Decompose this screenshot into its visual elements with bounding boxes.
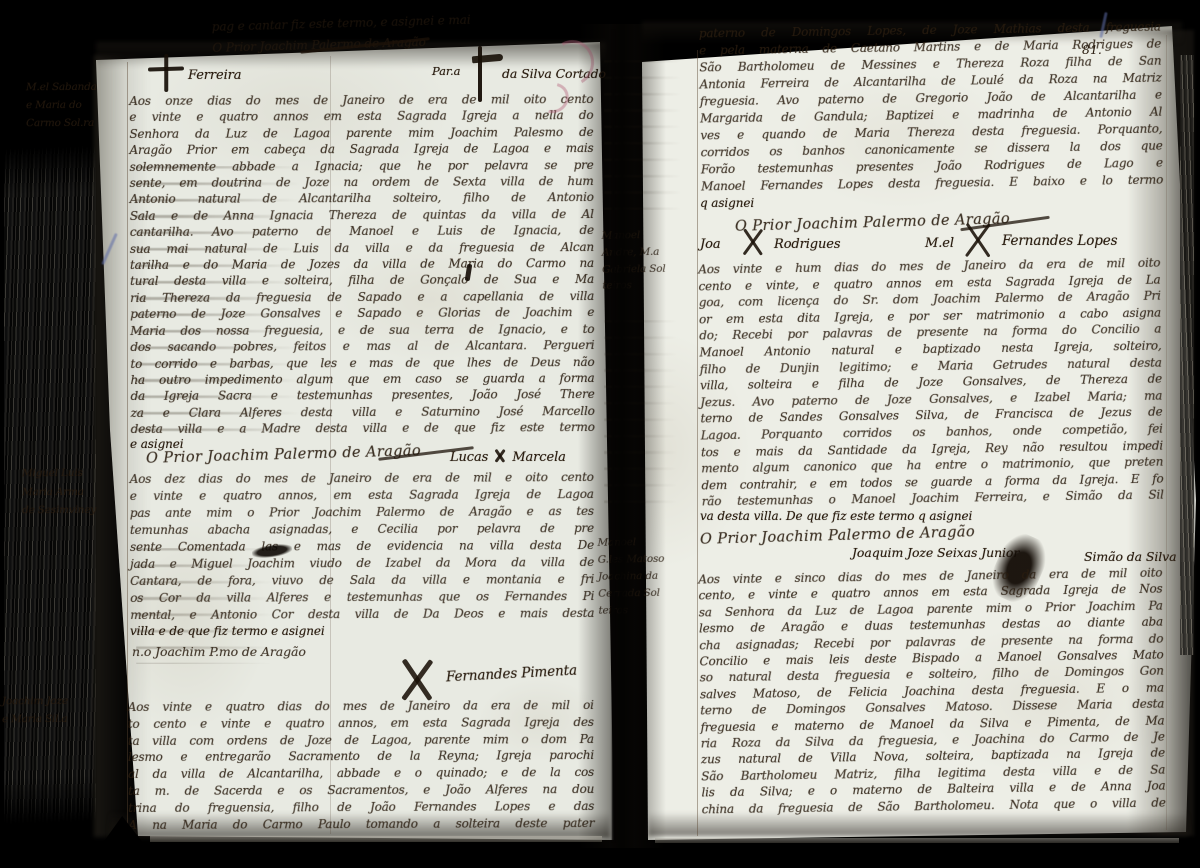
handwriting-line: terno de Domingos Gonsalves Matoso. Diss…: [700, 696, 1164, 719]
handwriting-line: cantarilha. Avo paterno de Manoel e Luis…: [130, 222, 594, 240]
handwriting-line: mento algum canonico que ha entre o matr…: [701, 454, 1163, 477]
witness-signature: Simão da Silva: [1084, 549, 1176, 564]
handwriting-line: tural desta villa e solteira, filha de G…: [130, 271, 594, 289]
signature-flourish-stroke: [300, 37, 430, 53]
margin-note-line: Carmo Sol.ra: [26, 114, 132, 132]
handwriting-line: so natural desta freguesia e solteiro, f…: [700, 663, 1164, 686]
handwriting-line: e vinte e quatro annos, em esta Sagrada …: [130, 486, 594, 505]
handwriting-line: Forão testemunhas presentes João Rodrigu…: [701, 155, 1163, 179]
handwriting-line: tos e mais da Santidade da Igreja, Rey n…: [701, 437, 1163, 460]
handwriting-line: dos sacando pobres, feitos e mas al de A…: [130, 337, 594, 355]
handwriting-line: pag e cantar fiz este termo, e asignei e…: [211, 7, 561, 38]
handwriting-line: sa Senhora da Luz de Lagoa parente mim o…: [699, 597, 1163, 620]
handwriting-line: Antonia Ferreira de Alcantarilha de Loul…: [700, 70, 1162, 94]
right-page-top-shadow: [642, 22, 1182, 44]
witness-last-name: Marcela: [512, 450, 565, 465]
margin-note-line: M.el Sabanda: [26, 78, 132, 96]
handwriting-line: tarilha e do Maria de Jozes da villa de …: [130, 255, 594, 273]
left-margin-rule: [127, 62, 128, 834]
handwriting-line: Aos vinte e quatro dias do mes de Janeir…: [128, 697, 594, 716]
witness-signature: Joaquim Joze Seixas Junior: [852, 545, 1019, 560]
handwriting-line: paterno de Joze Gonsalves e Sapado e Glo…: [130, 304, 594, 322]
page-edge-sliver-bottom-right: [655, 838, 1179, 843]
book-gutter-shadow: [578, 24, 666, 848]
handwriting-line: sente Comentada las e mas de evidencia n…: [130, 537, 594, 556]
page-edge-sliver-bottom-left: [150, 836, 602, 842]
handwriting-line: A na Maria do Carmo Paulo tomando a solt…: [128, 815, 594, 834]
handwriting-line: temunhas abacha asignadas, e Cecilia por…: [130, 520, 594, 539]
handwriting-line: São Bartholomeu Matriz, filha legitima d…: [701, 761, 1165, 784]
handwriting-line: Aos vinte e sinco dias do mes de Janeiro…: [698, 565, 1162, 588]
handwriting-line: Aos onze dias do mes de Janeiro de era d…: [129, 91, 593, 109]
party-x-mark: [740, 228, 766, 256]
handwriting-line: dem contrahir, e em todos se guarde a fo…: [701, 470, 1163, 493]
handwriting-line: Jezus. Avo paterno de Joze Gonsalves, e …: [700, 387, 1162, 410]
witness-signature: Fernandes Lopes: [1002, 233, 1118, 249]
handwriting-line: Cantara, de fora, viuvo de Sala da villa…: [130, 571, 594, 590]
witness-signature: Lucas Marcela: [450, 449, 566, 465]
handwriting-line: salves Matoso, de Felicia Joachina desta…: [700, 679, 1164, 702]
witness-prefix: M.el: [925, 236, 954, 251]
handwriting-line: O Prior Joachim Palermo de Aragão: [212, 28, 562, 59]
witness-name: Ferreira: [188, 68, 241, 83]
witness-prefix: Par.a: [432, 64, 460, 78]
signature-flourish-stroke: [960, 216, 1049, 231]
record-closing: va desta villa. De que fiz este termo q …: [700, 509, 972, 523]
handwriting-line: or em esta dita Igreja, e por ser matrim…: [699, 304, 1161, 327]
record-party-name: Joa: [700, 237, 721, 252]
handwriting-line: Concilio e mais leis deste Bispado a Man…: [699, 647, 1163, 670]
right-margin-rule: [697, 50, 698, 836]
bleedthrough-dashes-upper: [136, 166, 314, 442]
handwriting-line: china da freguesia de São Bartholomeu. N…: [702, 794, 1166, 817]
handwriting-line: os Cor da villa Alferes e testemunhas qu…: [130, 588, 594, 607]
book-gutter-fold-line: [612, 30, 615, 842]
handwriting-line: Manoel Fernandes Lopes desta freguesia. …: [701, 172, 1163, 196]
marriage-record-text: Aos vinte e hum dias do mes de Janeiro d…: [698, 255, 1164, 511]
handwriting-line: freguesia e materno de Manoel da Silva e…: [700, 712, 1164, 735]
handwriting-line: goa, com licença do Sr. dom Joachim Pale…: [699, 288, 1161, 311]
blue-pen-stroke: [1099, 12, 1107, 38]
handwriting-line: Sala e de Anna Ignacia Thereza de quinta…: [130, 206, 594, 224]
witness-x-mark-large: [392, 658, 442, 702]
handwriting-line: lesmo de Aragão e duas testemunhas desta…: [699, 614, 1163, 637]
handwriting-line: do; Recebi por palavras de presente na f…: [699, 321, 1161, 344]
handwriting-line: Aos dez dias do mes de Janeiro de era de…: [130, 469, 594, 488]
prior-signature: O Prior Joachim Palermo de Aragão: [146, 443, 421, 467]
left-page-crease: [330, 56, 331, 834]
handwriting-line: Aragão Prior em cabeça da Sagrada Igreja…: [129, 140, 593, 158]
ink-tick-mark: [465, 264, 473, 282]
marriage-record-text: Aos vinte e quatro dias do mes de Janeir…: [128, 697, 595, 833]
handwriting-line: jada e Miguel Joachim viudo de Izabel da…: [130, 554, 594, 573]
witness-x-mark: [492, 449, 508, 463]
handwriting-line: ria Thereza da freguesia de Sapado e a c…: [130, 288, 594, 306]
handwriting-line: cento e vinte, e quatro annos em esta Sa…: [698, 271, 1160, 294]
handwriting-line: cha asignadas; Recebi por palavras de pr…: [699, 630, 1163, 653]
handwriting-line: ha outro impedimento algum que em caso s…: [130, 370, 594, 388]
handwriting-line: ta villa com ordens de Joze de Lagoa, pa…: [128, 731, 594, 750]
marriage-record-text: Aos dez dias do mes de Janeiro de era de…: [130, 469, 595, 624]
handwriting-line: da Igreja Sacra e testemunhas presentes,…: [131, 386, 595, 404]
record-closing: q asignei: [700, 196, 754, 210]
right-page-crease: [1166, 35, 1167, 830]
handwriting-line: Senhora da Luz de Lagoa parente mim Joac…: [129, 124, 593, 142]
prior-signature: O Prior Joachim Palermo de Aragão: [700, 524, 975, 548]
handwriting-line: to corrido e barbas, que les e mas de qu…: [130, 353, 594, 371]
handwriting-line: rão testemunhas o Manoel Joachim Ferreir…: [702, 487, 1164, 510]
handwriting-line: trina do freguensia, filho de João Ferna…: [128, 798, 594, 817]
blue-pen-stroke: [101, 233, 118, 265]
left-page-top-shadow: [96, 42, 606, 68]
margin-note-couple-names: M.el Sabandae Maria doCarmo Sol.ra: [26, 78, 132, 132]
previous-record-tail-lines: pag e cantar fiz este termo, e asignei e…: [211, 7, 562, 59]
handwriting-line: al da villa de Alcantarilha, abbade e o …: [128, 764, 594, 783]
handwriting-line: ves e quando de Maria Thereza desta freg…: [700, 121, 1162, 145]
handwriting-line: sua mai natural de Luis da villa e da fr…: [130, 239, 594, 257]
handwriting-line: lis da Silva; e o materno de Balteira vi…: [701, 778, 1165, 801]
witness-x-mark: [962, 222, 994, 258]
handwriting-line: Antonio natural de Alcantarilha solteiro…: [130, 189, 594, 207]
right-page-bottom-shadow: [648, 812, 1188, 836]
book-page-edges-left: [4, 144, 96, 825]
handwriting-line: Manoel Antonio natural e baptizado nesta…: [699, 338, 1161, 361]
ink-flourish-rubric: [984, 528, 1054, 609]
handwriting-line: e vinte e quatro annos em esta Sagrada I…: [129, 107, 593, 125]
witness-flag-cross-mark: [462, 46, 496, 102]
handwriting-line: cento, e vinte e quatro annos em esta Sa…: [698, 581, 1162, 604]
witness-first-name: Lucas: [450, 450, 488, 465]
handwriting-line: Lagoa. Porquanto corridos os banhos, ond…: [701, 421, 1163, 444]
handwriting-line: mental, e Antonio Cor desta villa de Da …: [130, 605, 594, 624]
record-party-name: Rodrigues: [774, 237, 840, 252]
handwriting-line: Margarida de Gandula; Baptizei e madrinh…: [700, 104, 1162, 128]
handwriting-line: desta villa e a Madre desta villa e de q…: [131, 419, 595, 437]
record-closing: e asignei: [130, 437, 184, 451]
marriage-record-text: Aos onze dias do mes de Janeiro de era d…: [129, 91, 594, 438]
handwriting-line: filho de Dunjin legitimo; e Maria Getrud…: [700, 354, 1162, 377]
handwriting-line: e pela materna de Caetano Martins e de M…: [699, 36, 1161, 60]
witness-signature: Fernandes Pimenta: [446, 663, 578, 686]
handwriting-line: freguesia. Avo paterno de Gregorio João …: [700, 87, 1162, 111]
handwriting-line: São Bartholomeu de Messines e Thereza Ro…: [699, 53, 1161, 77]
prior-subsignature: n.o Joachim P.mo de Aragão: [132, 644, 306, 659]
handwriting-line: paterno de Domingos Lopes, de Joze Mathi…: [699, 19, 1161, 43]
handwriting-line: lesmo e entregarão Sacramento de la Reyn…: [128, 747, 594, 766]
pink-ink-arc-small: [532, 77, 575, 119]
handwriting-line: Maria dos nossa freguesia, e de sua terr…: [130, 321, 594, 339]
page-edge-sliver-right: [1180, 55, 1194, 655]
left-page-inner-shadow: [94, 55, 150, 837]
marriage-record-text: paterno de Domingos Lopes, de Joze Mathi…: [699, 19, 1163, 196]
prior-signature: O Prior Joachim Palermo de Aragão: [735, 211, 1010, 235]
handwriting-line: za e Clara Alferes desta villa e Saturni…: [131, 403, 595, 421]
handwriting-line: corridos os banhos canonicamente se diss…: [701, 138, 1163, 162]
marriage-record-text: Aos vinte e sinco dias do mes de Janeiro…: [698, 565, 1166, 818]
folio-number: 81.: [1082, 42, 1102, 57]
ink-blot: [251, 542, 292, 559]
signature-flourish-stroke: [378, 446, 474, 460]
handwriting-line: Aos vinte e hum dias do mes de Janeiro d…: [698, 255, 1160, 278]
handwriting-line: ta m. de Sacerda e os Sacramentos, e Joã…: [128, 781, 594, 800]
bottom-edge-dark-wedge: [102, 816, 144, 844]
handwriting-line: to cento e vinte e quatro annos, em esta…: [128, 714, 594, 733]
margin-note-line: e Maria do: [26, 96, 132, 114]
handwriting-line: ria Roza da Silva da freguesia, e Joachi…: [701, 729, 1165, 752]
handwriting-line: sente, em doutrina de Joze na ordem de S…: [130, 173, 594, 191]
left-page-bottom-shadow: [110, 812, 610, 838]
handwriting-line: zus natural de Villa Nova, solteira, bap…: [701, 745, 1165, 768]
record-closing: villa e de que fiz termo e asignei: [130, 624, 325, 638]
handwriting-line: terno de Sandes Gonsalves Silva, de Fran…: [700, 404, 1162, 427]
witness-cross-mark: [148, 54, 184, 92]
handwriting-line: villa, solteira e filha de Joze Gonsalve…: [700, 371, 1162, 394]
handwriting-line: pas ante mim o Prior Joachim Palermo de …: [130, 503, 594, 522]
manuscript-photo: pag e cantar fiz este termo, e asignei e…: [0, 0, 1200, 868]
bleedthrough-dashes-lower: [136, 548, 286, 664]
handwriting-line: solemnemente abbade a Ignacia; que he po…: [130, 157, 594, 175]
